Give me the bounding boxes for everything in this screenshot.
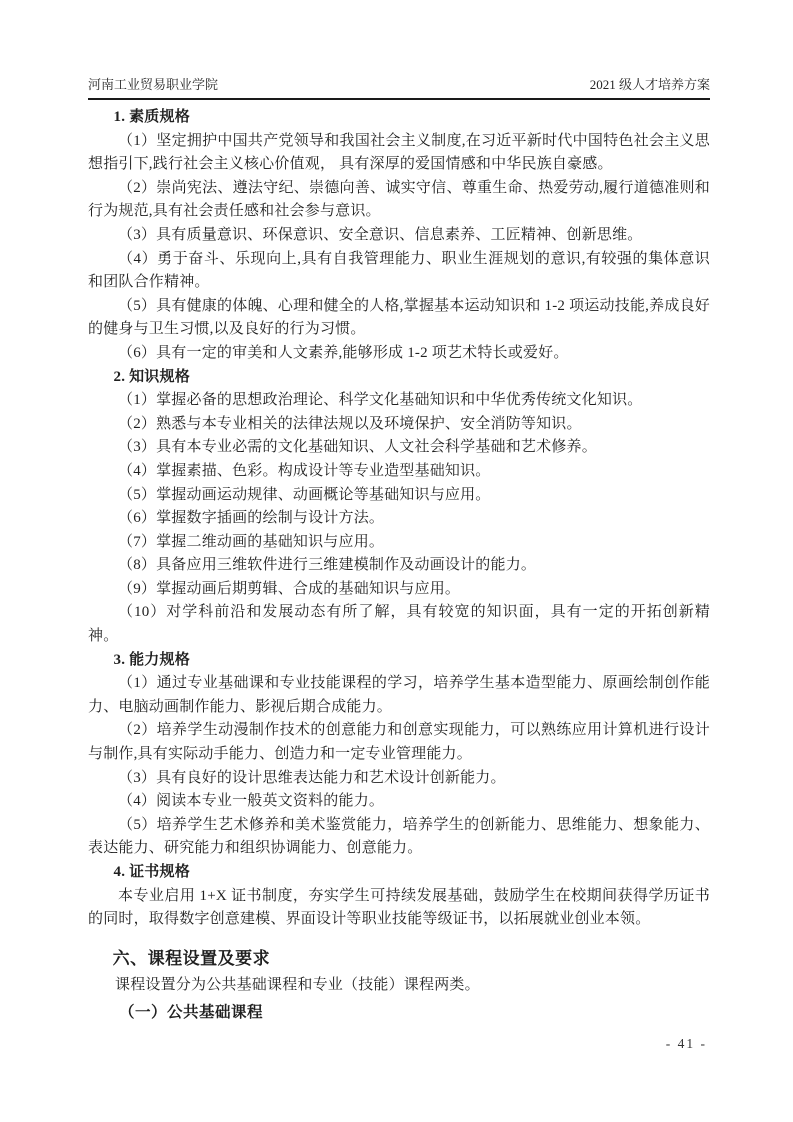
subsection-heading-public-basic-courses: （一）公共基础课程 xyxy=(88,999,710,1027)
paragraph: （9）掌握动画后期剪辑、合成的基础知识与应用。 xyxy=(88,578,710,602)
paragraph: （5）培养学生艺术修养和美术鉴赏能力，培养学生的创新能力、思维能力、想象能力、表… xyxy=(88,814,710,861)
paragraph: （4）勇于奋斗、乐现向上,具有自我管理能力、职业生涯规划的意识,有较强的集体意识… xyxy=(88,248,710,295)
chapter-intro-paragraph: 课程设置分为公共基础课程和专业（技能）课程两类。 xyxy=(88,973,710,997)
paragraph: （7）掌握二维动画的基础知识与应用。 xyxy=(88,531,710,555)
section-heading-knowledge: 2. 知识规格 xyxy=(88,366,710,390)
paragraph: （3）具有质量意识、环保意识、安全意识、信息素养、工匠精神、创新思维。 xyxy=(88,224,710,248)
paragraph: （3）具有良好的设计思维表达能力和艺术设计创新能力。 xyxy=(88,767,710,791)
paragraph: （2）培养学生动漫制作技术的创意能力和创意实现能力，可以熟练应用计算机进行设计与… xyxy=(88,719,710,766)
paragraph: （2）崇尚宪法、遵法守纪、崇德向善、诚实守信、尊重生命、热爱劳动,履行道德准则和… xyxy=(88,177,710,224)
paragraph: （1）通过专业基础课和专业技能课程的学习，培养学生基本造型能力、原画绘制创作能力… xyxy=(88,672,710,719)
paragraph: （2）熟悉与本专业相关的法律法规以及环境保护、安全消防等知识。 xyxy=(88,413,710,437)
header-program-title: 2021 级人才培养方案 xyxy=(590,74,710,93)
paragraph: （3）具有本专业必需的文化基础知识、人文社会科学基础和艺术修养。 xyxy=(88,436,710,460)
paragraph: （8）具备应用三维软件进行三维建模制作及动画设计的能力。 xyxy=(88,554,710,578)
paragraph: （4）掌握素描、色彩。构成设计等专业造型基础知识。 xyxy=(88,460,710,484)
section-heading-certificate: 4. 证书规格 xyxy=(88,861,710,885)
paragraph: （10）对学科前沿和发展动态有所了解，具有较宽的知识面，具有一定的开拓创新精神。 xyxy=(88,601,710,648)
paragraph: （6）具有一定的审美和人文素养,能够形成 1-2 项艺术特长或爱好。 xyxy=(88,342,710,366)
paragraph: 本专业启用 1+X 证书制度，夯实学生可持续发展基础，鼓励学生在校期间获得学历证… xyxy=(88,885,710,932)
document-body: 1. 素质规格 （1）坚定拥护中国共产党领导和我国社会主义制度,在习近平新时代中… xyxy=(88,106,710,1027)
paragraph: （5）掌握动画运动规律、动画概论等基础知识与应用。 xyxy=(88,484,710,508)
page-header: 河南工业贸易职业学院 2021 级人才培养方案 xyxy=(88,74,710,100)
section-heading-quality: 1. 素质规格 xyxy=(88,106,710,130)
paragraph: （1）坚定拥护中国共产党领导和我国社会主义制度,在习近平新时代中国特色社会主义思… xyxy=(88,130,710,177)
paragraph: （5）具有健康的体魄、心理和健全的人格,掌握基本运动知识和 1-2 项运动技能,… xyxy=(88,295,710,342)
page-number: - 41 - xyxy=(666,1036,707,1052)
chapter-heading-courses: 六、课程设置及要求 xyxy=(88,945,710,973)
header-school-name: 河南工业贸易职业学院 xyxy=(88,74,218,93)
paragraph: （4）阅读本专业一般英文资料的能力。 xyxy=(88,790,710,814)
section-heading-ability: 3. 能力规格 xyxy=(88,649,710,673)
paragraph: （1）掌握必备的思想政治理论、科学文化基础知识和中华优秀传统文化知识。 xyxy=(88,389,710,413)
document-page: 河南工业贸易职业学院 2021 级人才培养方案 1. 素质规格 （1）坚定拥护中… xyxy=(0,0,793,1122)
paragraph: （6）掌握数字插画的绘制与设计方法。 xyxy=(88,507,710,531)
